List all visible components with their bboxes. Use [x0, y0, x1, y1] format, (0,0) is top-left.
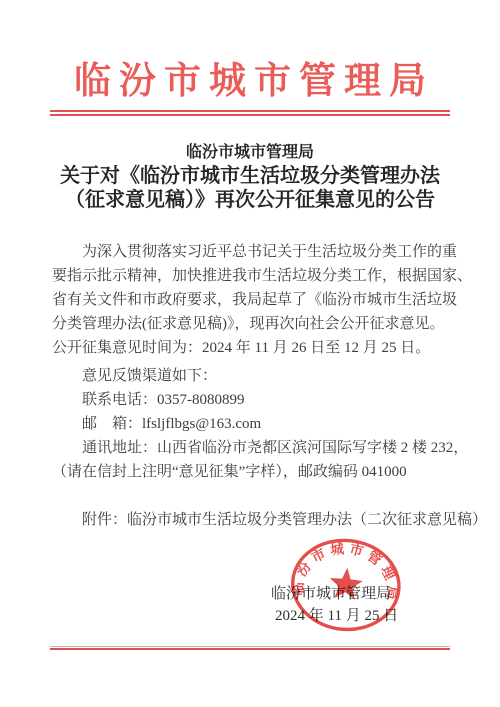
star-icon: [328, 566, 364, 600]
phone-number-line: 联系电话：0357-8080899: [52, 388, 458, 412]
body-line: 省有关文件和市政府要求，我局起草了《临汾市城市生活垃圾: [52, 288, 458, 312]
email-line: 邮 箱：lfsljflbgs@163.com: [52, 412, 458, 436]
body-line: 为深入贯彻落实习近平总书记关于生活垃圾分类工作的重: [52, 240, 458, 264]
title-line-2: 关于对《临汾市城市生活垃圾分类管理办法: [0, 164, 500, 188]
postal-address-line-2: （请在信封上注明“意见征集”字样），邮政编码 041000: [52, 460, 458, 484]
bottom-separator-line: [50, 646, 450, 650]
letterhead-title: 临汾市城市管理局: [0, 50, 500, 104]
title-line-3: （征求意见稿）》再次公开征集意见的公告: [0, 188, 500, 212]
letterhead-separator-line: [50, 110, 450, 116]
contact-info-block: 意见反馈渠道如下： 联系电话：0357-8080899 邮 箱：lfsljflb…: [52, 364, 458, 484]
title-org-line: 临汾市城市管理局: [0, 142, 500, 164]
official-seal-stamp: 临汾市城市管理局: [284, 528, 408, 638]
postal-address-line: 通讯地址：山西省临汾市尧都区滨河国际写字楼 2 楼 232，: [52, 436, 458, 460]
attachment-block: 附件：临汾市城市生活垃圾分类管理办法（二次征求意见稿）: [52, 508, 458, 532]
body-line: 分类管理办法(征求意见稿)》，现再次向社会公开征求意见。: [52, 312, 458, 336]
body-line: 要指示批示精神，加快推进我市生活垃圾分类工作，根据国家、: [52, 264, 458, 288]
body-line: 公开征集意见时间为：2024 年 11 月 26 日至 12 月 25 日。: [52, 336, 458, 360]
feedback-channels-heading: 意见反馈渠道如下：: [52, 364, 458, 388]
body-paragraph: 为深入贯彻落实习近平总书记关于生活垃圾分类工作的重 要指示批示精神，加快推进我市…: [52, 240, 458, 360]
attachment-line: 附件：临汾市城市生活垃圾分类管理办法（二次征求意见稿）: [52, 508, 458, 532]
document-page: 临汾市城市管理局 临汾市城市管理局 关于对《临汾市城市生活垃圾分类管理办法 （征…: [0, 0, 500, 707]
document-title: 临汾市城市管理局 关于对《临汾市城市生活垃圾分类管理办法 （征求意见稿）》再次公…: [0, 142, 500, 212]
